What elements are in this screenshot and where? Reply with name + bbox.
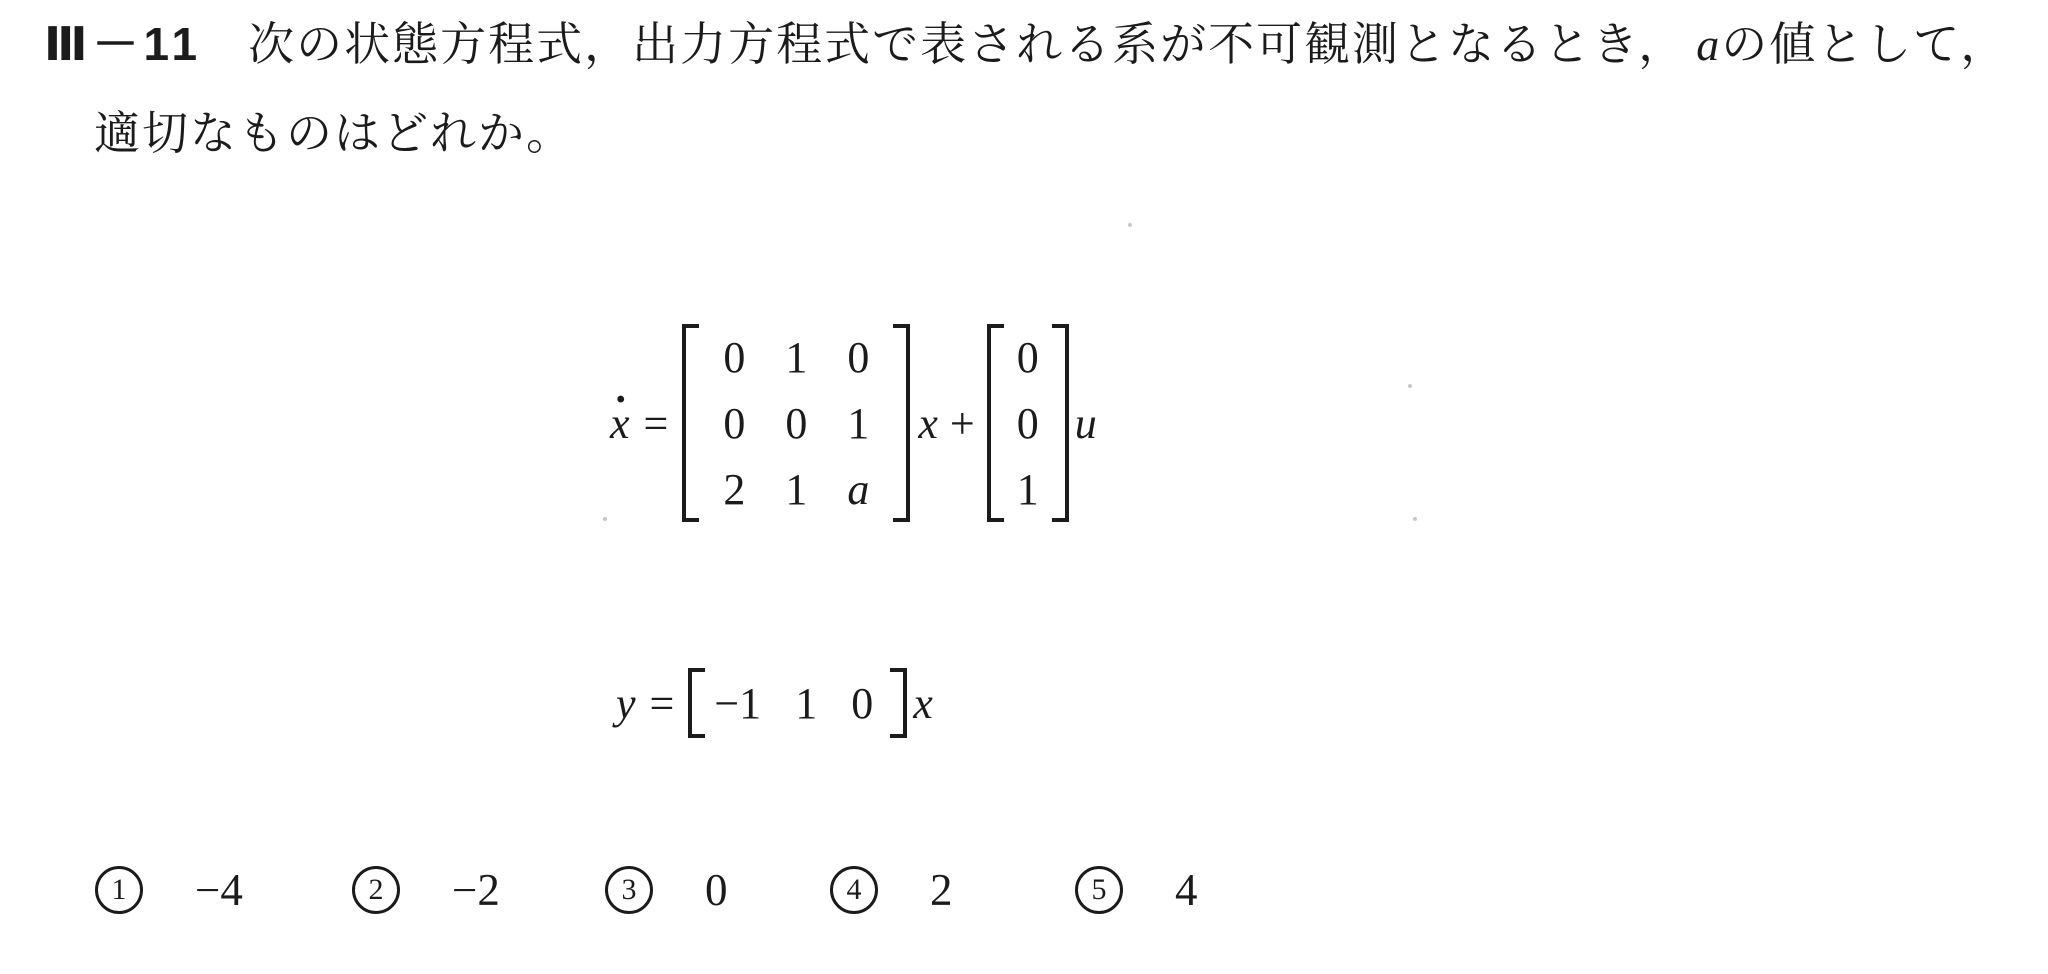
variable-a: a [1696, 19, 1721, 70]
left-bracket [682, 324, 699, 522]
matrix-a-cell: 0 [765, 390, 827, 456]
equals-sign: = [644, 398, 669, 449]
vector-b-cell: 1 [1004, 456, 1052, 522]
matrix-a-cell: 0 [703, 324, 765, 390]
state-vector-x: x [913, 678, 933, 729]
choice-4: 4 2 [830, 866, 953, 914]
matrix-a-cell: 1 [827, 390, 889, 456]
matrix-c-cell: 1 [778, 678, 834, 729]
vector-b-cell: 0 [1004, 324, 1052, 390]
derivative-dot: · [614, 376, 628, 424]
choice-3: 3 0 [605, 866, 728, 914]
left-bracket [987, 324, 1004, 522]
question-text-part1: 次の状態方程式，出力方程式で表される系が不可観測となるとき， [248, 19, 1686, 70]
plus-sign: + [950, 398, 975, 449]
scan-speck [1128, 223, 1132, 227]
question-line-2: 適切なものはどれか。 [94, 104, 574, 164]
left-bracket [688, 668, 705, 738]
question-line-1: Ⅲ－11次の状態方程式，出力方程式で表される系が不可観測となるとき，aの値として… [44, 14, 2008, 75]
choice-value: 0 [705, 864, 728, 916]
x-dot-lhs: · x [610, 398, 630, 449]
circled-number-5: 5 [1075, 866, 1123, 914]
matrix-c-cell: −1 [705, 678, 778, 729]
circled-number-4: 4 [830, 866, 878, 914]
output-equation: y = −1 1 0 x [616, 668, 933, 738]
vector-b-cell: 0 [1004, 390, 1052, 456]
matrix-a-cell-a: a [827, 456, 889, 522]
matrix-a-cell: 0 [703, 390, 765, 456]
output-lhs-y: y [616, 678, 636, 729]
scan-speck [1413, 517, 1417, 521]
matrix-a-cell: 1 [765, 324, 827, 390]
choice-value: 4 [1175, 864, 1198, 916]
scan-speck [603, 517, 607, 521]
input-var-u: u [1075, 398, 1097, 449]
choice-value: −4 [195, 864, 243, 916]
matrix-a-cell: 0 [827, 324, 889, 390]
matrix-a-entries: 0 1 0 0 0 1 2 1 a [699, 324, 893, 522]
matrix-a-cell: 1 [765, 456, 827, 522]
question-number: Ⅲ－11 [44, 18, 202, 70]
right-bracket [890, 668, 907, 738]
circled-number-1: 1 [95, 866, 143, 914]
choice-2: 2 −2 [352, 866, 500, 914]
matrix-c-cell: 0 [834, 678, 890, 729]
right-bracket [1052, 324, 1069, 522]
choice-5: 5 4 [1075, 866, 1198, 914]
choice-1: 1 −4 [95, 866, 243, 914]
matrix-c-entries: −1 1 0 [705, 668, 890, 738]
vector-b-entries: 0 0 1 [1004, 324, 1052, 522]
state-equation: · x = 0 1 0 0 0 1 2 1 a x + 0 0 1 u [610, 324, 1097, 522]
vector-b: 0 0 1 [987, 324, 1069, 522]
matrix-a: 0 1 0 0 0 1 2 1 a [682, 324, 910, 522]
matrix-a-cell: 2 [703, 456, 765, 522]
choice-value: 2 [930, 864, 953, 916]
equals-sign: = [650, 678, 675, 729]
circled-number-2: 2 [352, 866, 400, 914]
right-bracket [893, 324, 910, 522]
scan-speck [1408, 384, 1412, 388]
matrix-c: −1 1 0 [688, 668, 907, 738]
state-vector-x: x [918, 398, 938, 449]
choice-value: −2 [452, 864, 500, 916]
question-text-part2: の値として， [1721, 19, 2008, 70]
circled-number-3: 3 [605, 866, 653, 914]
